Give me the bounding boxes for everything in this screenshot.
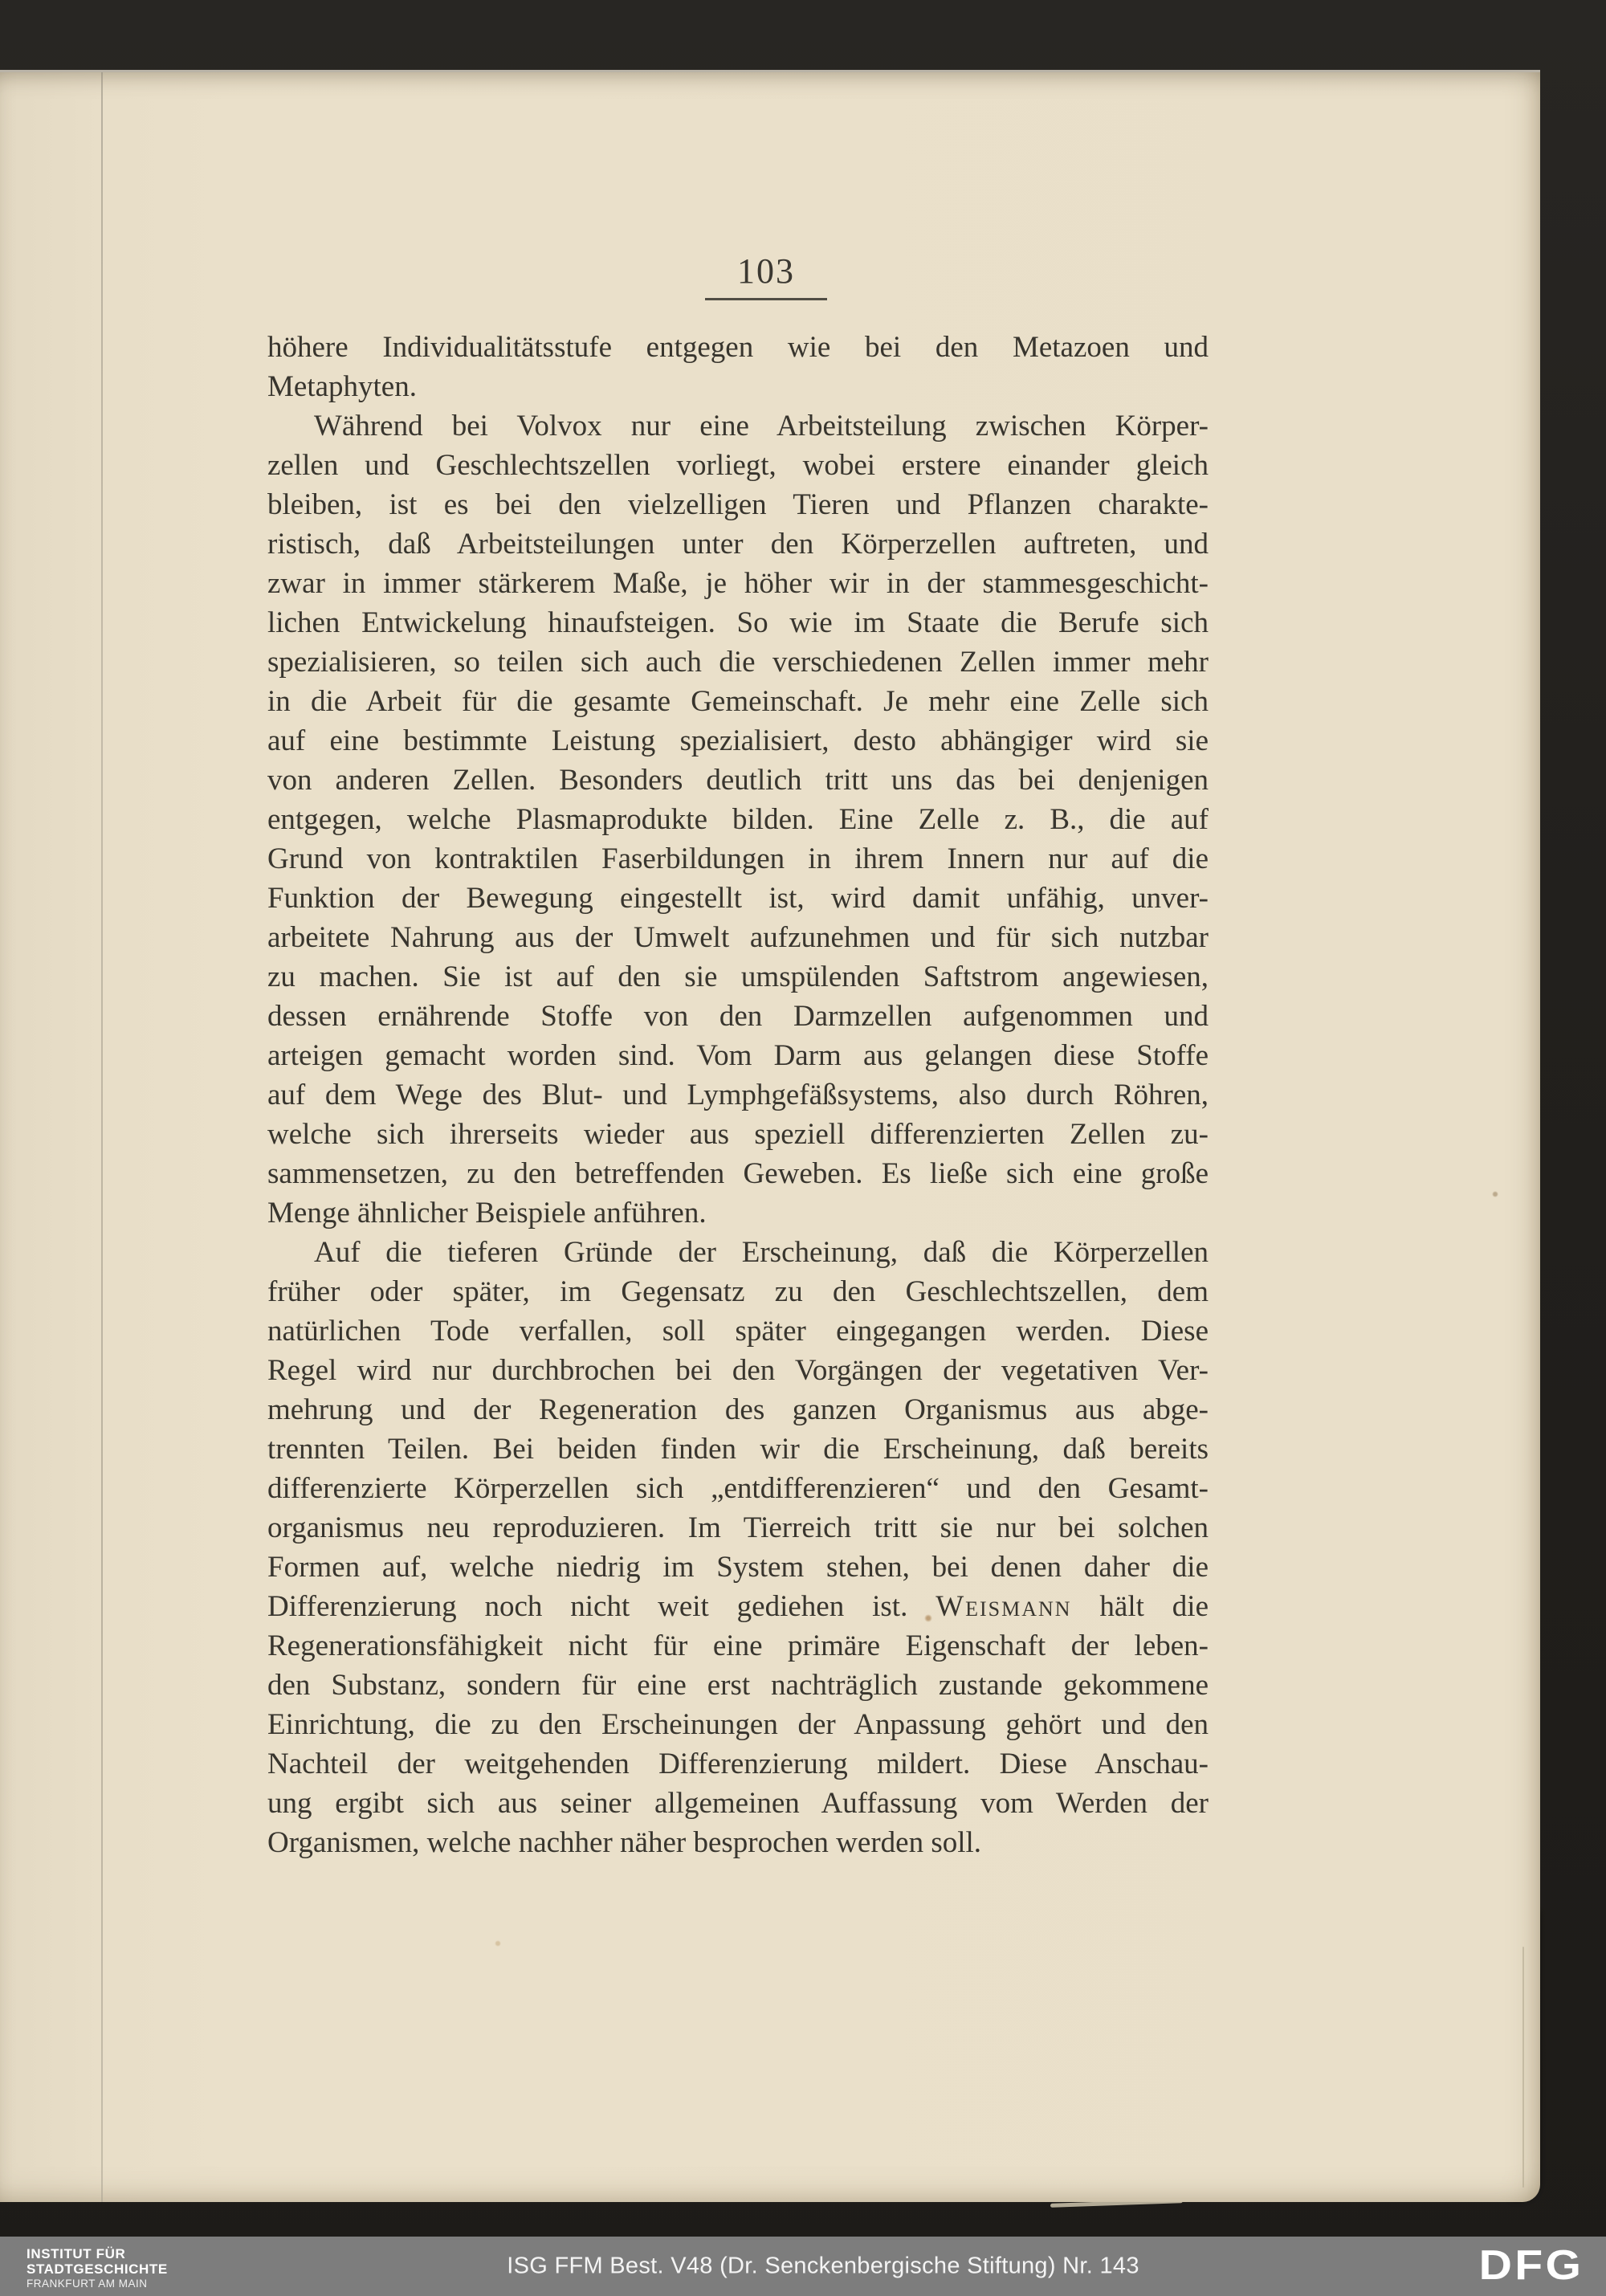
text-line: dessen ernährende Stoffe von den Darmzel…: [267, 997, 1209, 1036]
text-line: Menge ähnlicher Beispiele anführen.: [267, 1193, 1209, 1233]
text-line: von anderen Zellen. Besonders deutlich t…: [267, 761, 1209, 800]
dfg-logo: DFG: [1465, 2242, 1598, 2289]
footer-bar: INSTITUT FÜR STADTGESCHICHTE FRANKFURT A…: [0, 2237, 1606, 2296]
text-line: arteigen gemacht worden sind. Vom Darm a…: [267, 1036, 1209, 1075]
text-line: entgegen, welche Plasmaprodukte bilden. …: [267, 800, 1209, 839]
text-line: arbeitete Nahrung aus der Umwelt aufzune…: [267, 918, 1209, 957]
text-line: differenzierte Körperzellen sich „entdif…: [267, 1469, 1209, 1508]
text-line: mehrung und der Regeneration des ganzen …: [267, 1390, 1209, 1429]
text-line: den Substanz, sondern für eine erst nach…: [267, 1666, 1209, 1705]
page-number: 103: [705, 251, 827, 300]
text-line: spezialisieren, so teilen sich auch die …: [267, 642, 1209, 682]
text-line: zwar in immer stärkerem Maße, je höher w…: [267, 564, 1209, 603]
institute-name-line2: STADTGESCHICHTE: [26, 2261, 168, 2277]
text-line: auf eine bestimmte Leistung spezialisier…: [267, 721, 1209, 761]
text-line: Formen auf, welche niedrig im System ste…: [267, 1548, 1209, 1587]
text-line: früher oder später, im Gegensatz zu den …: [267, 1272, 1209, 1311]
text-line: trennten Teilen. Bei beiden finden wir d…: [267, 1429, 1209, 1469]
text-line: Metaphyten.: [267, 367, 1209, 406]
text-line: zu machen. Sie ist auf den sie umspülend…: [267, 957, 1209, 997]
text-line: bleiben, ist es bei den vielzelligen Tie…: [267, 485, 1209, 524]
book-page: 103 höhere Individualitätsstufe entgegen…: [0, 70, 1540, 2202]
text-line: höhere Individualitätsstufe entgegen wie…: [267, 328, 1209, 367]
archive-reference: ISG FFM Best. V48 (Dr. Senckenbergische …: [507, 2253, 1139, 2280]
text-line: organismus neu reproduzieren. Im Tierrei…: [267, 1508, 1209, 1548]
text-line: Differenzierung noch nicht weit gediehen…: [267, 1587, 1209, 1626]
text-line: lichen Entwickelung hinaufsteigen. So wi…: [267, 603, 1209, 642]
author-small-caps: Weismann: [935, 1590, 1071, 1623]
text-line: ung ergibt sich aus seiner allgemeinen A…: [267, 1784, 1209, 1823]
text-line: Auf die tieferen Gründe der Erscheinung,…: [267, 1233, 1209, 1272]
text-line: natürlichen Tode verfallen, soll später …: [267, 1311, 1209, 1351]
text-line: Einrichtung, die zu den Erscheinungen de…: [267, 1705, 1209, 1744]
text-line: welche sich ihrerseits wieder aus spezie…: [267, 1115, 1209, 1154]
page-text: höhere Individualitätsstufe entgegen wie…: [267, 328, 1209, 1862]
text-line: sammensetzen, zu den betreffenden Gewebe…: [267, 1154, 1209, 1193]
text-line: auf dem Wege des Blut- und Lymphgefäßsys…: [267, 1075, 1209, 1115]
institute-logo: INSTITUT FÜR STADTGESCHICHTE FRANKFURT A…: [26, 2246, 168, 2290]
institute-name-line3: FRANKFURT AM MAIN: [26, 2277, 168, 2290]
text-line: ristisch, daß Arbeitsteilungen unter den…: [267, 524, 1209, 564]
text-line: Regenerationsfähigkeit nicht für eine pr…: [267, 1626, 1209, 1666]
text-line: zellen und Geschlechtszellen vorliegt, w…: [267, 446, 1209, 485]
text-line: Organismen, welche nachher näher besproc…: [267, 1823, 1209, 1862]
text-line: Nachteil der weitgehenden Differenzierun…: [267, 1744, 1209, 1784]
text-line: Grund von kontraktilen Faserbildungen in…: [267, 839, 1209, 879]
under-page-seam: [1522, 1947, 1524, 2188]
text-line: in die Arbeit für die gesamte Gemeinscha…: [267, 682, 1209, 721]
text-line: Regel wird nur durchbrochen bei den Vorg…: [267, 1351, 1209, 1390]
text-line: Während bei Volvox nur eine Arbeitsteilu…: [267, 406, 1209, 446]
page-fold-line: [101, 72, 103, 2202]
text-line: Funktion der Bewegung eingestellt ist, w…: [267, 879, 1209, 918]
scan-viewport: 103 höhere Individualitätsstufe entgegen…: [0, 0, 1606, 2296]
institute-name-line1: INSTITUT FÜR: [26, 2246, 168, 2261]
